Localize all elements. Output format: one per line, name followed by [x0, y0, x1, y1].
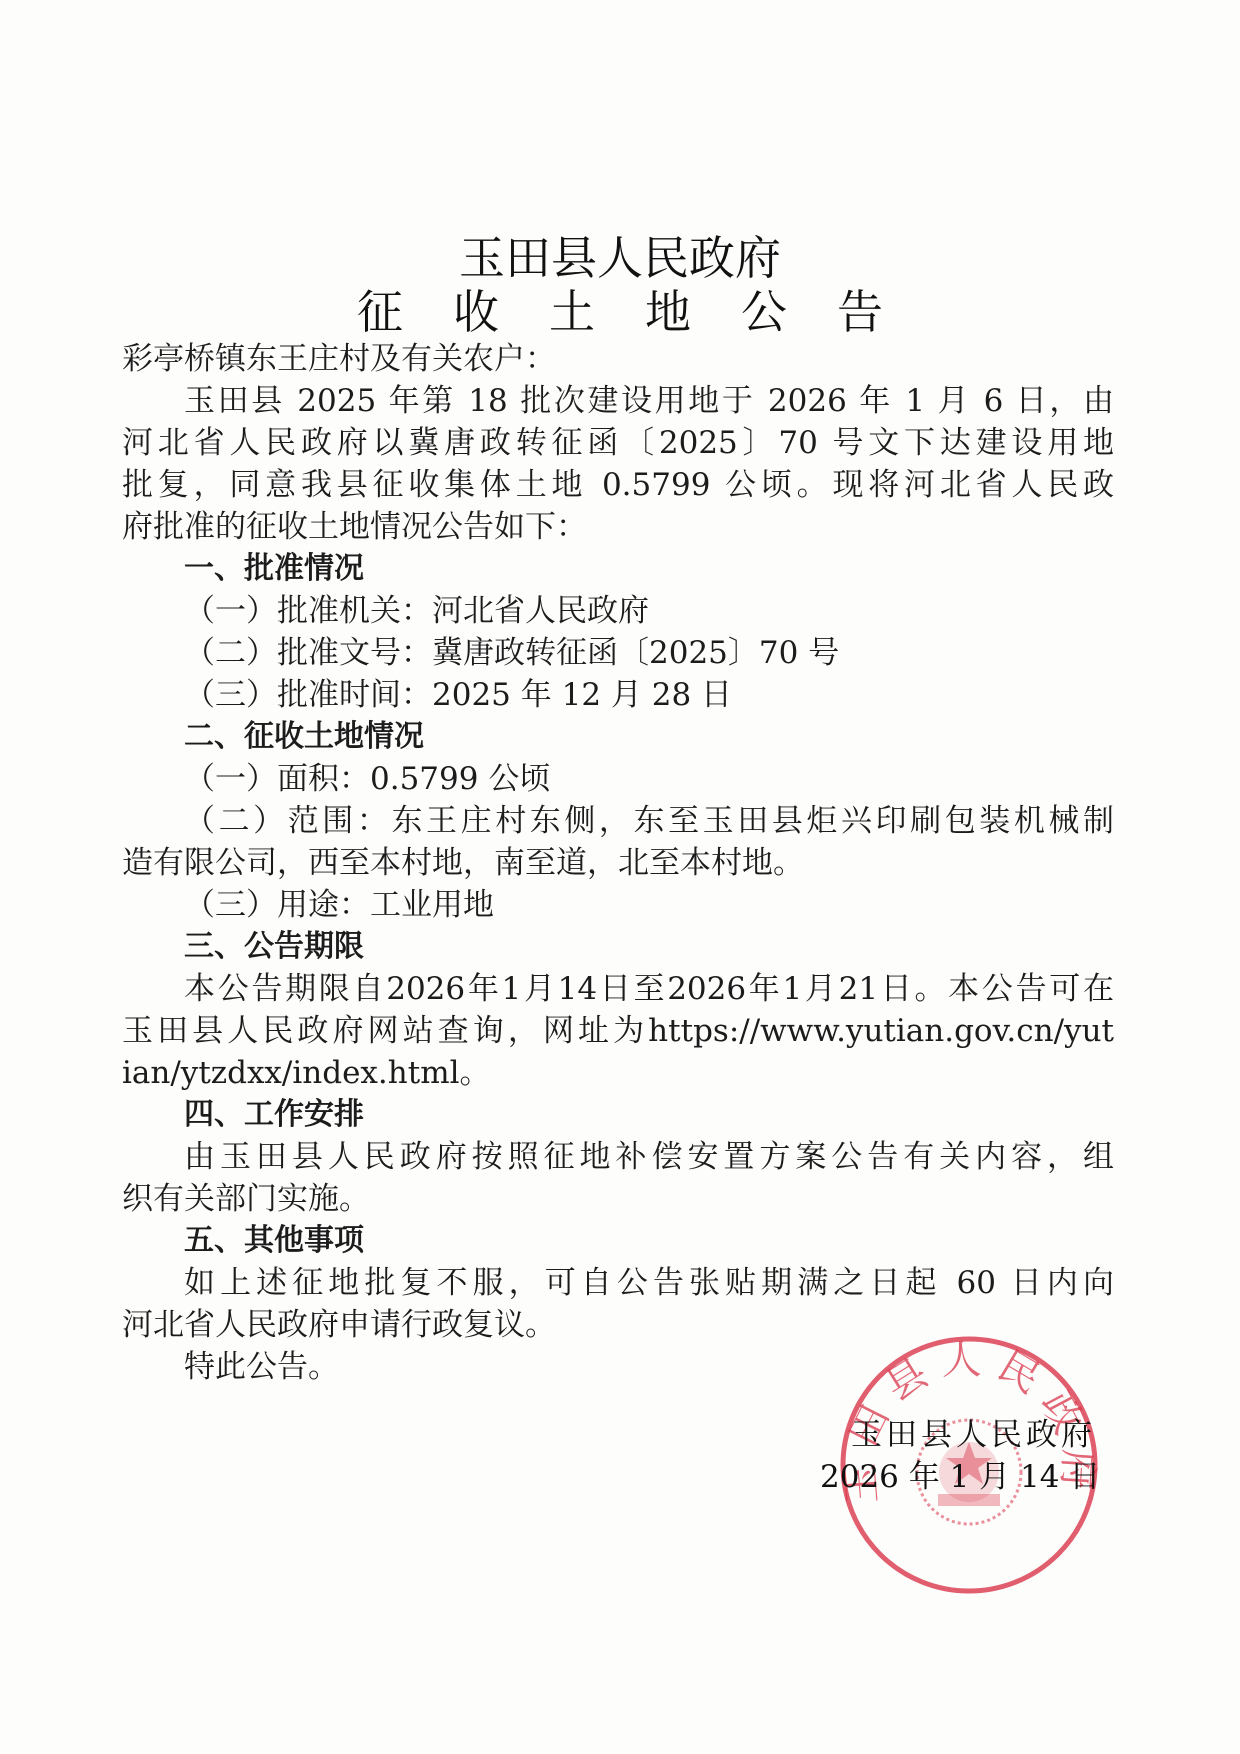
section-heading-work: 四、工作安排 — [122, 1094, 1114, 1136]
intro-line: 批复，同意我县征收集体土地 0.5799 公顷。现将河北省人民政 — [122, 464, 1114, 506]
approval-doc-number: （二）批准文号：冀唐政转征函〔2025〕70 号 — [122, 632, 1114, 674]
land-area: （一）面积：0.5799 公顷 — [122, 758, 1114, 800]
closing: 特此公告。 — [122, 1346, 1114, 1388]
other-text-cont: 河北省人民政府申请行政复议。 — [122, 1304, 1114, 1346]
title-char: 公 — [741, 276, 787, 342]
section-heading-other: 五、其他事项 — [122, 1220, 1114, 1262]
land-scope: （二）范围：东王庄村东侧，东至玉田县炬兴印刷包装机械制 — [122, 800, 1114, 842]
document-title: 征收土地公告 — [0, 276, 1240, 342]
work-text-cont: 织有关部门实施。 — [122, 1178, 1114, 1220]
approval-date: （三）批准时间：2025 年 12 月 28 日 — [122, 674, 1114, 716]
section-heading-period: 三、公告期限 — [122, 926, 1114, 968]
section-heading-land: 二、征收土地情况 — [122, 716, 1114, 758]
intro-line: 玉田县 2025 年第 18 批次建设用地于 2026 年 1 月 6 日，由 — [122, 380, 1114, 422]
signature-block: 玉田县人民政府 2026 年 1 月 14 日 — [820, 1414, 1096, 1498]
addressee: 彩亭桥镇东王庄村及有关农户： — [122, 338, 1114, 380]
intro-line: 河北省人民政府以冀唐政转征函〔2025〕70 号文下达建设用地 — [122, 422, 1114, 464]
approval-authority: （一）批准机关：河北省人民政府 — [122, 590, 1114, 632]
land-use: （三）用途：工业用地 — [122, 884, 1114, 926]
section-heading-approval: 一、批准情况 — [122, 548, 1114, 590]
intro-line: 府批准的征收土地情况公告如下： — [122, 506, 1114, 548]
period-url-cont[interactable]: ian/ytzdxx/index.html。 — [122, 1052, 1114, 1094]
title-char: 告 — [837, 276, 883, 342]
signature-org: 玉田县人民政府 — [820, 1414, 1096, 1456]
notice-body: 彩亭桥镇东王庄村及有关农户： 玉田县 2025 年第 18 批次建设用地于 20… — [122, 338, 1114, 1388]
period-text: 本公告期限自2026年1月14日至2026年1月21日。本公告可在 — [122, 968, 1114, 1010]
notice-page: 玉田县人民政府 征收土地公告 彩亭桥镇东王庄村及有关农户： 玉田县 2025 年… — [0, 0, 1240, 1754]
title-char: 收 — [453, 276, 499, 342]
period-url[interactable]: 玉田县人民政府网站查询，网址为https://www.yutian.gov.cn… — [122, 1010, 1114, 1052]
title-char: 征 — [357, 276, 403, 342]
title-char: 地 — [645, 276, 691, 342]
work-text: 由玉田县人民政府按照征地补偿安置方案公告有关内容，组 — [122, 1136, 1114, 1178]
land-scope-cont: 造有限公司，西至本村地，南至道，北至本村地。 — [122, 842, 1114, 884]
other-text: 如上述征地批复不服，可自公告张贴期满之日起 60 日内向 — [122, 1262, 1114, 1304]
signature-date: 2026 年 1 月 14 日 — [820, 1456, 1096, 1498]
title-char: 土 — [549, 276, 595, 342]
